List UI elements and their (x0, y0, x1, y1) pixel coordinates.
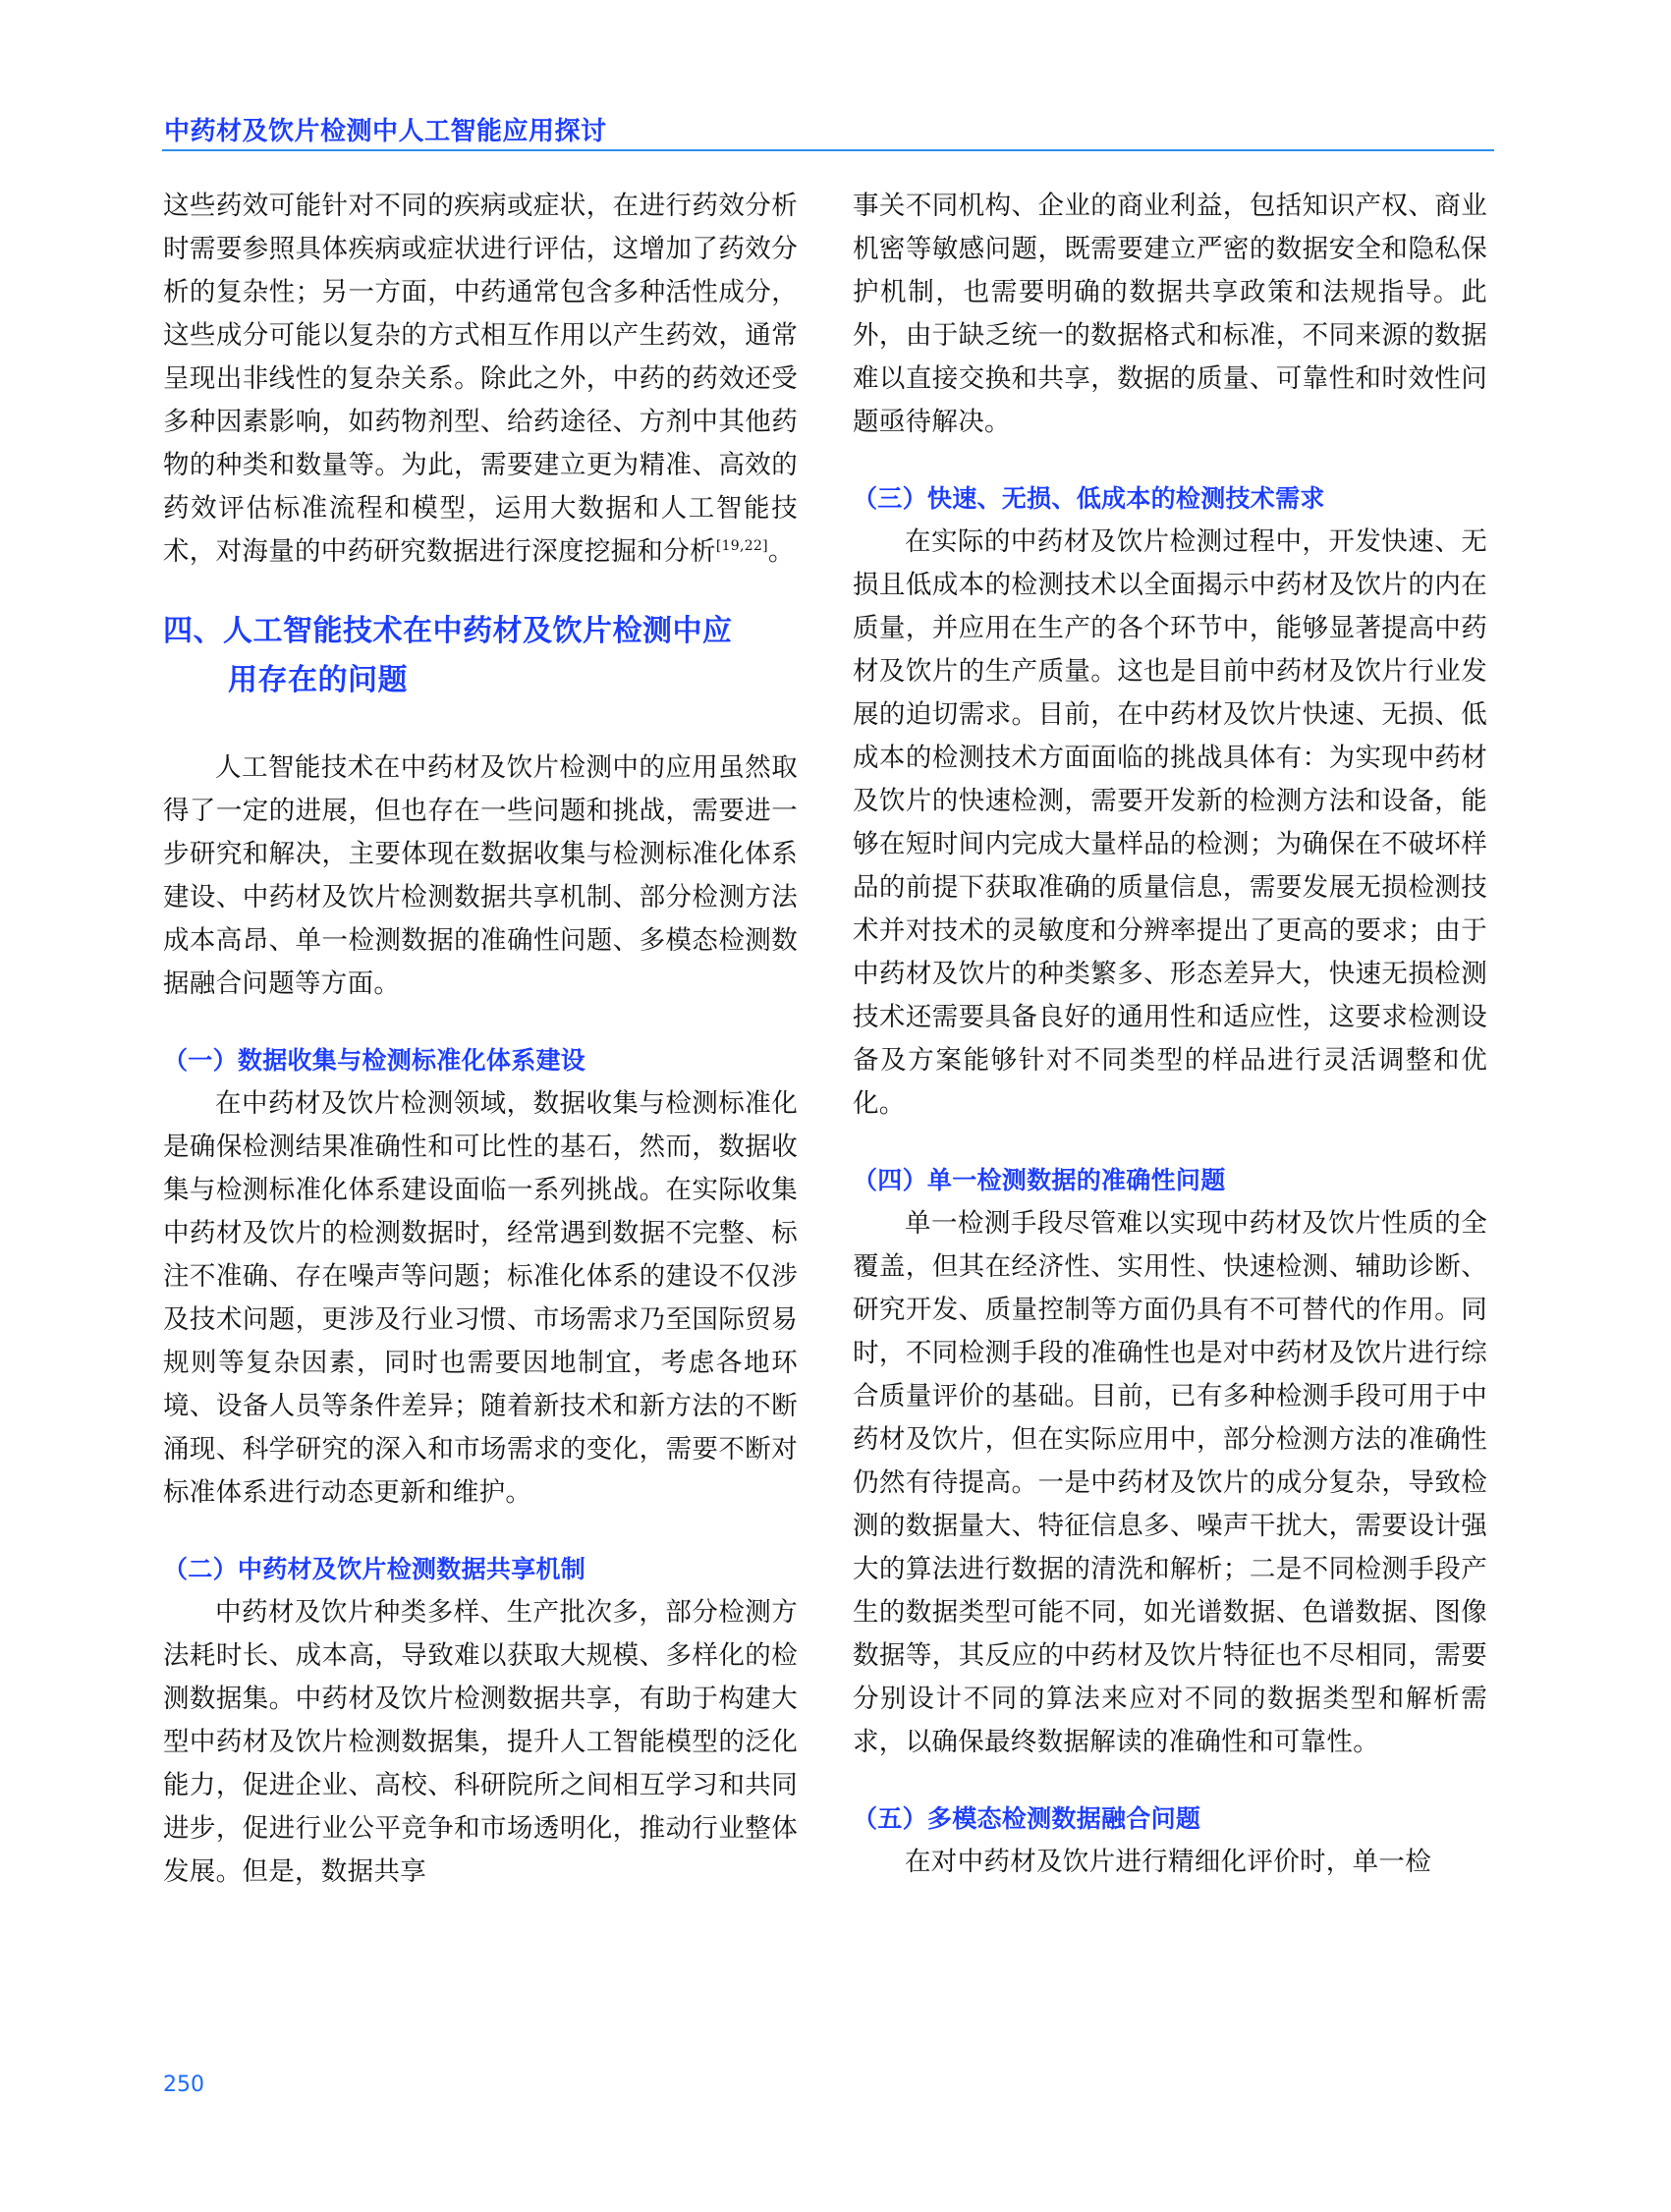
subsection-heading-3: （三）快速、无损、低成本的检测技术需求 (853, 477, 1487, 521)
paragraph-text: 这些药效可能针对不同的疾病或症状，在进行药效分析时需要参照具体疾病或症状进行评估… (163, 191, 798, 567)
section-intro-paragraph: 人工智能技术在中药材及饮片检测中的应用虽然取得了一定的进展，但也存在一些问题和挑… (163, 747, 798, 1006)
subsection-4-paragraph: 单一检测手段尽管难以实现中药材及饮片性质的全覆盖，但其在经济性、实用性、快速检测… (853, 1202, 1487, 1764)
subsection-heading-4: （四）单一检测数据的准确性问题 (853, 1159, 1487, 1202)
subsection-3-paragraph: 在实际的中药材及饮片检测过程中，开发快速、无损且低成本的检测技术以全面揭示中药材… (853, 521, 1487, 1126)
subsection-heading-1: （一）数据收集与检测标准化体系建设 (163, 1039, 798, 1082)
paragraph-end: 。 (768, 536, 795, 567)
paragraph-continued: 这些药效可能针对不同的疾病或症状，在进行药效分析时需要参照具体疾病或症状进行评估… (163, 185, 798, 574)
running-title: 中药材及饮片检测中人工智能应用探讨 (164, 116, 607, 147)
subsection-1-paragraph: 在中药材及饮片检测领域，数据收集与检测标准化是确保检测结果准确性和可比性的基石，… (163, 1082, 798, 1515)
header-rule (162, 149, 1494, 151)
right-column: 事关不同机构、企业的商业利益，包括知识产权、商业机密等敏感问题，既需要建立严密的… (853, 185, 1487, 1884)
subsection-2-paragraph: 中药材及饮片种类多样、生产批次多，部分检测方法耗时长、成本高，导致难以获取大规模… (163, 1591, 798, 1894)
subsection-heading-2: （二）中药材及饮片检测数据共享机制 (163, 1548, 798, 1591)
section-heading-line2: 用存在的问题 (163, 656, 798, 705)
page-number: 250 (163, 2073, 204, 2097)
subsection-heading-5: （五）多模态检测数据融合问题 (853, 1797, 1487, 1841)
citation-ref: [19,22] (716, 538, 768, 554)
section-heading-line1: 四、人工智能技术在中药材及饮片检测中应 (163, 614, 733, 648)
subsection-5-paragraph: 在对中药材及饮片进行精细化评价时，单一检 (853, 1841, 1487, 1884)
subsection-2-continued: 事关不同机构、企业的商业利益，包括知识产权、商业机密等敏感问题，既需要建立严密的… (853, 185, 1487, 444)
left-column: 这些药效可能针对不同的疾病或症状，在进行药效分析时需要参照具体疾病或症状进行评估… (163, 185, 798, 1894)
section-heading-4: 四、人工智能技术在中药材及饮片检测中应 用存在的问题 (163, 607, 798, 705)
